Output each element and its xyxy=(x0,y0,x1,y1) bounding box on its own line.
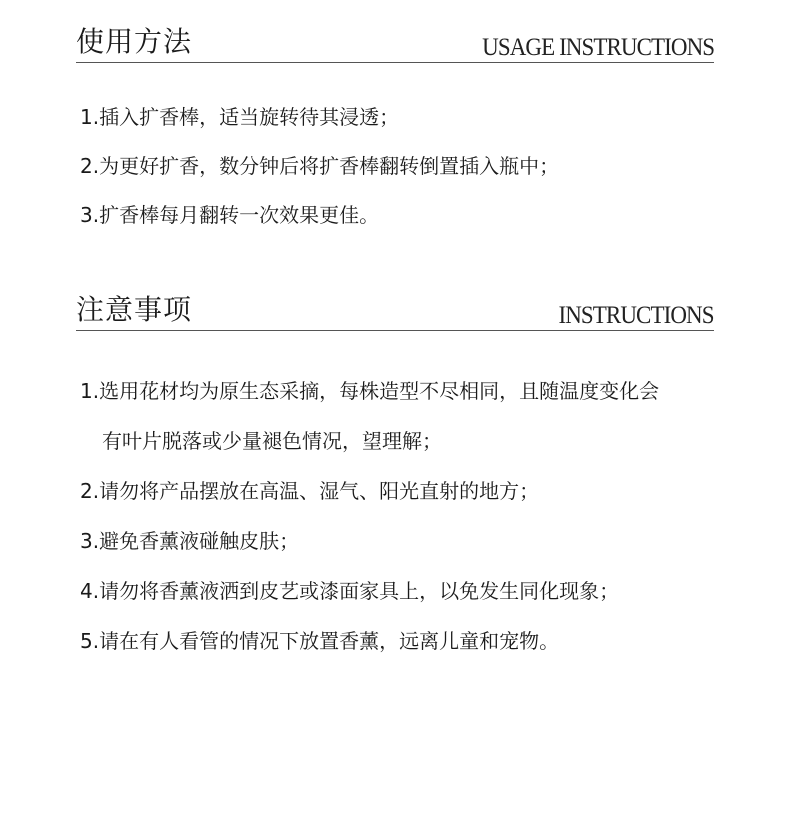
notes-item-2: 2.请勿将产品摆放在高温、湿气、阳光直射的地方； xyxy=(80,479,539,503)
notes-item-1: 1.选用花材均为原生态采摘，每株造型不尽相同，且随温度变化会 xyxy=(80,379,659,403)
usage-item-1: 1.插入扩香棒，适当旋转待其浸透； xyxy=(80,105,399,129)
notes-title-en: INSTRUCTIONS xyxy=(559,302,714,330)
notes-title-cn: 注意事项 xyxy=(76,294,192,326)
usage-item-3: 3.扩香棒每月翻转一次效果更佳。 xyxy=(80,203,379,227)
notes-item-1-continued: 有叶片脱落或少量褪色情况，望理解； xyxy=(102,429,442,453)
usage-title-cn: 使用方法 xyxy=(76,26,192,58)
notes-section: 注意事项 INSTRUCTIONS xyxy=(76,284,714,331)
usage-section: 使用方法 USAGE INSTRUCTIONS xyxy=(76,16,714,63)
notes-item-4: 4.请勿将香薰液洒到皮艺或漆面家具上，以免发生同化现象； xyxy=(80,579,619,603)
notes-item-5: 5.请在有人看管的情况下放置香薰，远离儿童和宠物。 xyxy=(80,629,559,653)
usage-item-2: 2.为更好扩香，数分钟后将扩香棒翻转倒置插入瓶中； xyxy=(80,154,559,178)
usage-title-en: USAGE INSTRUCTIONS xyxy=(482,34,714,62)
usage-section-header: 使用方法 USAGE INSTRUCTIONS xyxy=(76,16,714,63)
notes-item-3: 3.避免香薰液碰触皮肤； xyxy=(80,529,299,553)
notes-section-header: 注意事项 INSTRUCTIONS xyxy=(76,284,714,331)
